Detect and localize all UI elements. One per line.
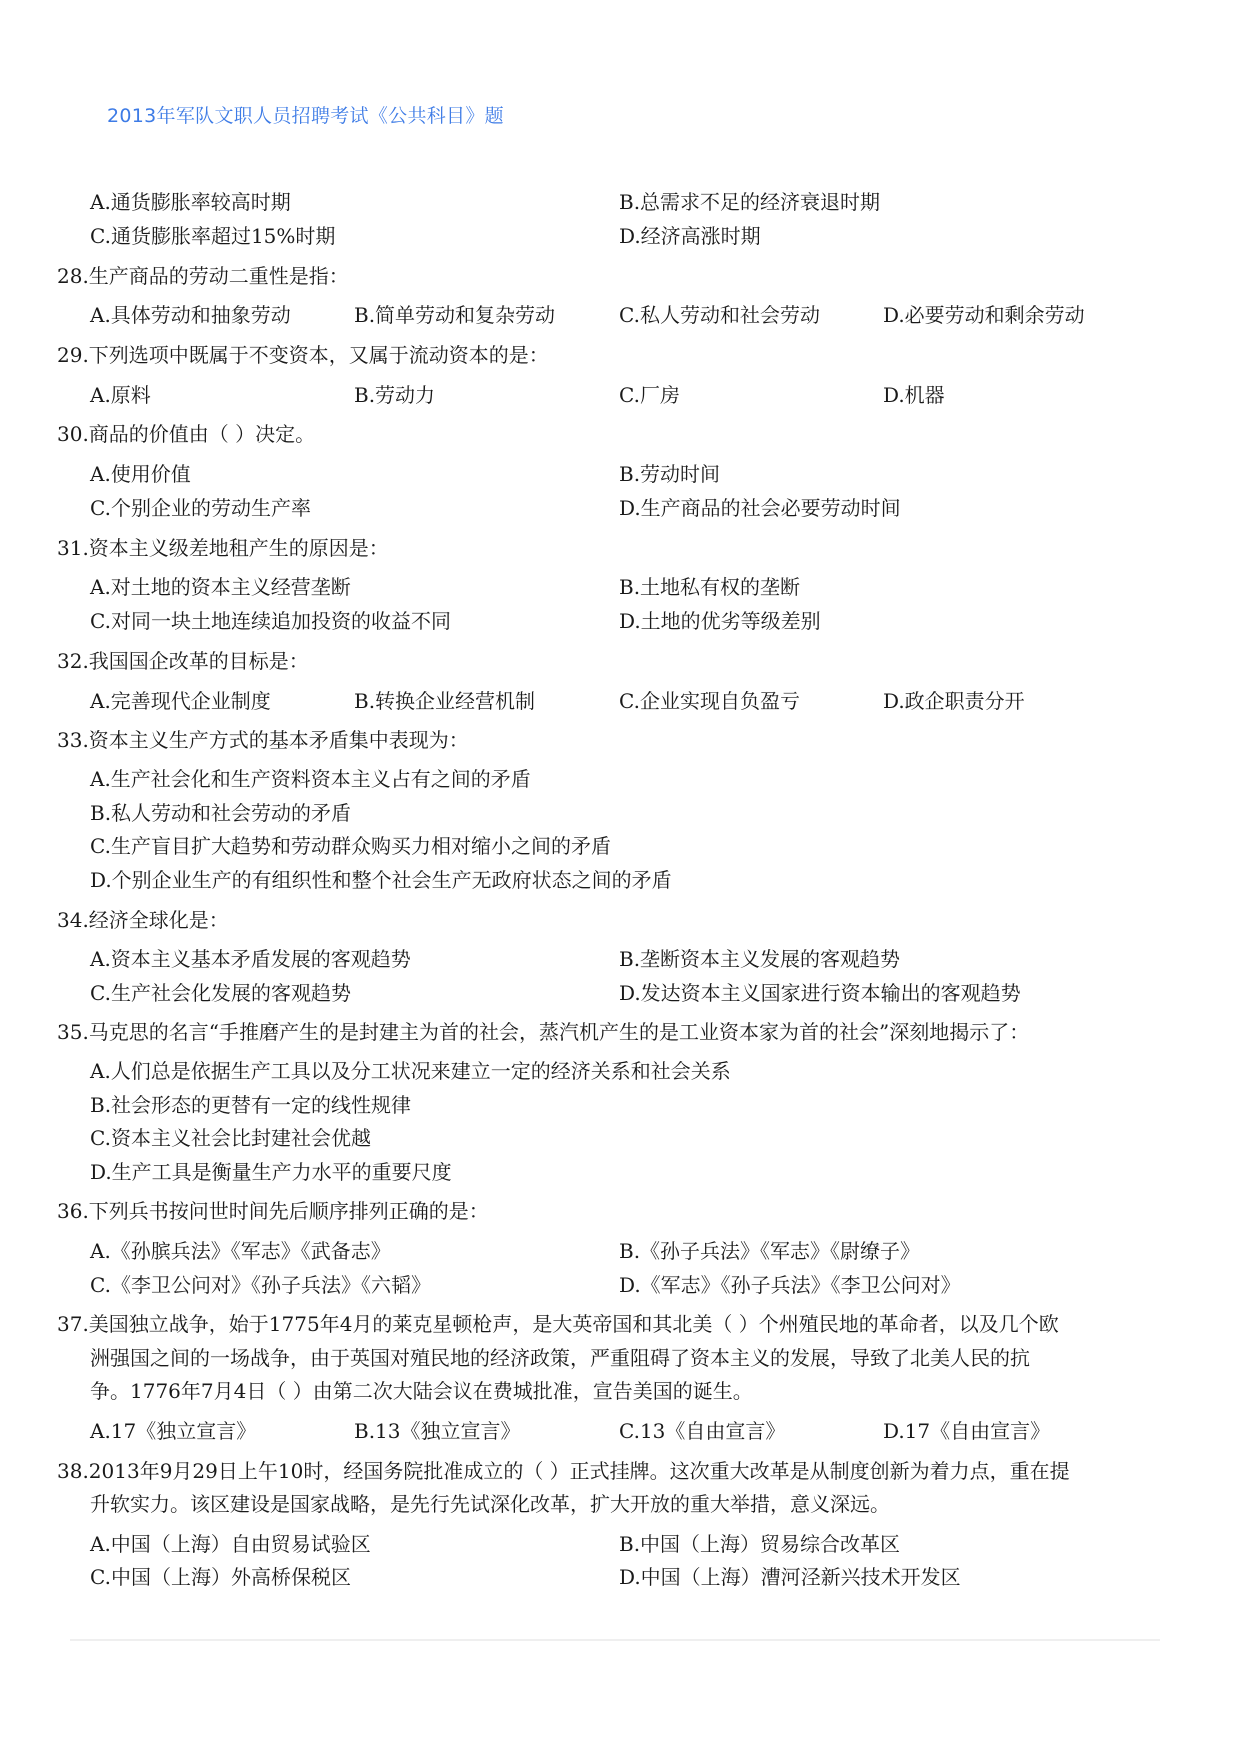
question-stem: 31.资本主义级差地租产生的原因是： [57, 536, 389, 560]
option-d: D.政企职责分开 [883, 689, 1025, 713]
question-stem-line-1: 38.2013年9月29日上午10时，经国务院批准成立的（ ）正式挂牌。这次重大… [57, 1459, 1070, 1483]
option-a: A.人们总是依据生产工具以及分工状况来建立一定的经济关系和社会关系 [90, 1059, 731, 1083]
option-b: B.转换企业经营机制 [354, 689, 535, 713]
option-d: D.生产商品的社会必要劳动时间 [619, 496, 901, 520]
option-a: A.原料 [90, 383, 151, 407]
option-d: D.中国（上海）漕河泾新兴技术开发区 [619, 1565, 961, 1589]
option-b: B.总需求不足的经济衰退时期 [619, 190, 880, 214]
option-b: B.劳动时间 [619, 462, 720, 486]
option-a: A.通货膨胀率较高时期 [90, 190, 291, 214]
option-b: B.《孙子兵法》《军志》《尉缭子》 [619, 1239, 920, 1263]
option-b: B.土地私有权的垄断 [619, 575, 800, 599]
option-b: B.简单劳动和复杂劳动 [354, 303, 555, 327]
question-stem-line-2: 洲强国之间的一场战争，由于英国对殖民地的经济政策，严重阻碍了资本主义的发展，导致… [90, 1346, 1030, 1370]
option-a: A.《孙膑兵法》《军志》《武备志》 [90, 1239, 391, 1263]
footer-divider [70, 1639, 1160, 1641]
option-b: B.劳动力 [354, 383, 435, 407]
option-c: C.厂房 [619, 383, 680, 407]
option-c: C.企业实现自负盈亏 [619, 689, 800, 713]
question-stem-line-1: 37.美国独立战争，始于1775年4月的莱克星顿枪声，是大英帝国和其北美（ ）个… [57, 1312, 1059, 1336]
question-stem: 35.马克思的名言“手推磨产生的是封建主为首的社会，蒸汽机产生的是工业资本家为首… [57, 1020, 1029, 1044]
option-d: D.经济高涨时期 [619, 224, 761, 248]
question-stem-line-2: 升软实力。该区建设是国家战略，是先行先试深化改革，扩大开放的重大举措，意义深远。 [90, 1492, 890, 1516]
option-c: C.资本主义社会比封建社会优越 [90, 1126, 371, 1150]
question-stem: 29.下列选项中既属于不变资本，又属于流动资本的是： [57, 343, 549, 367]
option-b: B.中国（上海）贸易综合改革区 [619, 1532, 900, 1556]
option-d: D.发达资本主义国家进行资本输出的客观趋势 [619, 981, 1021, 1005]
option-d: D.17《自由宣言》 [883, 1419, 1050, 1443]
option-d: D.《军志》《孙子兵法》《李卫公问对》 [619, 1273, 961, 1297]
option-c: C.对同一块土地连续追加投资的收益不同 [90, 609, 451, 633]
question-stem: 34.经济全球化是： [57, 908, 229, 932]
option-c: C.通货膨胀率超过15%时期 [90, 224, 335, 248]
question-stem: 33.资本主义生产方式的基本矛盾集中表现为： [57, 728, 469, 752]
option-c: C.13《自由宣言》 [619, 1419, 785, 1443]
option-d: D.个别企业生产的有组织性和整个社会生产无政府状态之间的矛盾 [90, 868, 672, 892]
option-a: A.生产社会化和生产资料资本主义占有之间的矛盾 [90, 767, 531, 791]
option-d: D.必要劳动和剩余劳动 [883, 303, 1085, 327]
option-c: C.中国（上海）外高桥保税区 [90, 1565, 351, 1589]
question-stem: 30.商品的价值由（ ）决定。 [57, 422, 315, 446]
option-a: A.完善现代企业制度 [90, 689, 271, 713]
option-b: B.13《独立宣言》 [354, 1419, 521, 1443]
option-c: C.个别企业的劳动生产率 [90, 496, 311, 520]
option-b: B.社会形态的更替有一定的线性规律 [90, 1093, 411, 1117]
option-b: B.垄断资本主义发展的客观趋势 [619, 947, 900, 971]
option-b: B.私人劳动和社会劳动的矛盾 [90, 801, 351, 825]
option-a: A.对土地的资本主义经营垄断 [90, 575, 351, 599]
option-a: A.中国（上海）自由贸易试验区 [90, 1532, 371, 1556]
option-a: A.17《独立宣言》 [90, 1419, 256, 1443]
option-c: C.《李卫公问对》《孙子兵法》《六韬》 [90, 1273, 431, 1297]
option-d: D.土地的优劣等级差别 [619, 609, 821, 633]
option-c: C.生产盲目扩大趋势和劳动群众购买力相对缩小之间的矛盾 [90, 834, 611, 858]
document-header-title: 2013年军队文职人员招聘考试《公共科目》题 [107, 101, 504, 128]
option-a: A.资本主义基本矛盾发展的客观趋势 [90, 947, 411, 971]
option-c: C.私人劳动和社会劳动 [619, 303, 820, 327]
question-stem-line-3: 争。1776年7月4日（ ）由第二次大陆会议在费城批准，宣告美国的诞生。 [90, 1379, 753, 1403]
option-c: C.生产社会化发展的客观趋势 [90, 981, 351, 1005]
option-a: A.使用价值 [90, 462, 191, 486]
option-a: A.具体劳动和抽象劳动 [90, 303, 291, 327]
question-stem: 32.我国国企改革的目标是： [57, 649, 309, 673]
question-stem: 36.下列兵书按问世时间先后顺序排列正确的是： [57, 1199, 489, 1223]
question-stem: 28.生产商品的劳动二重性是指： [57, 264, 349, 288]
option-d: D.生产工具是衡量生产力水平的重要尺度 [90, 1160, 452, 1184]
option-d: D.机器 [883, 383, 945, 407]
